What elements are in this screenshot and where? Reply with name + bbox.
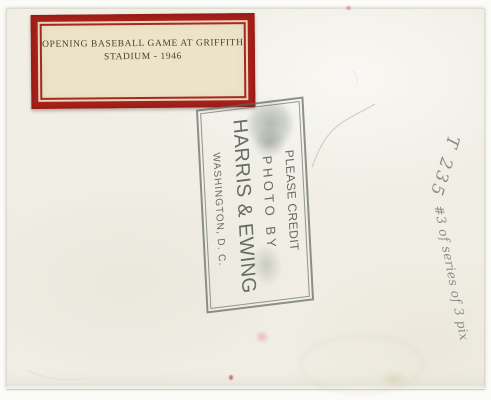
stamp-line-washington-dc: WASHINGTON, D. C. <box>210 152 227 267</box>
caption-label-text: OPENING BASEBALL GAME AT GRIFFITH STADIU… <box>42 37 244 64</box>
credit-stamp-border: PLEASE CREDIT PHOTO BY HARRIS & EWING WA… <box>200 101 310 309</box>
stamp-line-harris-ewing: HARRIS & EWING <box>227 118 259 295</box>
red-speck <box>229 375 233 380</box>
caption-label-panel: OPENING BASEBALL GAME AT GRIFFITH STADIU… <box>38 20 249 102</box>
caption-label: OPENING BASEBALL GAME AT GRIFFITH STADIU… <box>31 13 256 109</box>
credit-stamp: PLEASE CREDIT PHOTO BY HARRIS & EWING WA… <box>196 97 314 314</box>
top-edge-pink-dot <box>346 6 351 10</box>
stamp-line-photo-by: PHOTO BY <box>260 155 280 252</box>
caption-line-2: STADIUM - 1946 <box>42 50 244 64</box>
caption-line-1: OPENING BASEBALL GAME AT GRIFFITH <box>42 37 244 51</box>
photo-verso-scan: OPENING BASEBALL GAME AT GRIFFITH STADIU… <box>0 0 491 400</box>
yellow-stain <box>380 371 408 387</box>
faint-ring-stain <box>300 335 424 394</box>
stamp-line-please-credit: PLEASE CREDIT <box>282 149 301 252</box>
